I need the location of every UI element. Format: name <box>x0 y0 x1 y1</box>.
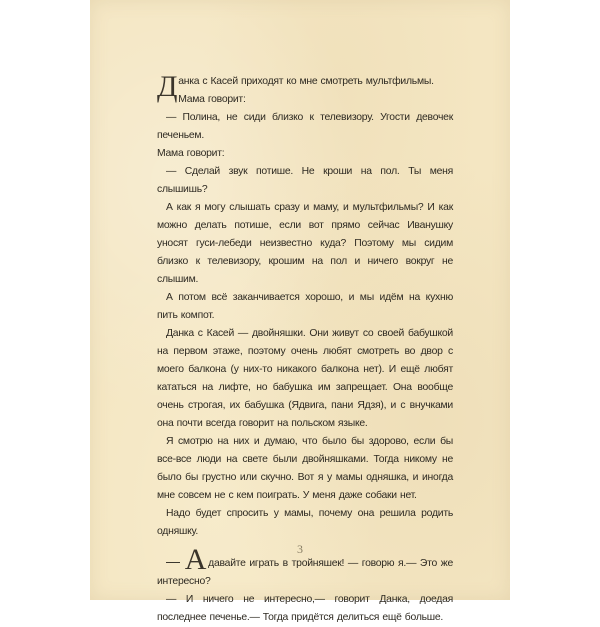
drop-cap-letter: Д <box>157 73 177 99</box>
paragraph: А потом всё заканчивается хорошо, и мы и… <box>157 289 453 325</box>
dialogue-line-with-cap: —Адавайте играть в тройняшек! — говорю я… <box>157 551 453 591</box>
paragraph: А как я могу слышать сразу и маму, и мул… <box>157 199 453 289</box>
dialogue-line: — Сделай звук потише. Не кроши на пол. Т… <box>157 163 453 199</box>
paragraph: Данка с Касей — двойняшки. Они живут со … <box>157 325 453 433</box>
paragraph: Я смотрю на них и думаю, что было бы здо… <box>157 433 453 505</box>
dialogue-line: — Полина, не сиди близко к телевизору. У… <box>157 109 453 145</box>
page-text: Данка с Касей приходят ко мне смотреть м… <box>157 67 453 600</box>
paragraph: Мама говорит: <box>157 91 453 109</box>
page-number: 3 <box>90 542 510 557</box>
book-page: Данка с Касей приходят ко мне смотреть м… <box>90 0 510 600</box>
paragraph-opening: Данка с Касей приходят ко мне смотреть м… <box>157 67 453 91</box>
paragraph: Мама говорит: <box>157 145 453 163</box>
paragraph: Надо будет спросить у мамы, почему она р… <box>157 505 453 541</box>
dialogue-line: — И ничего не интересно,— говорит Данка,… <box>157 591 453 600</box>
